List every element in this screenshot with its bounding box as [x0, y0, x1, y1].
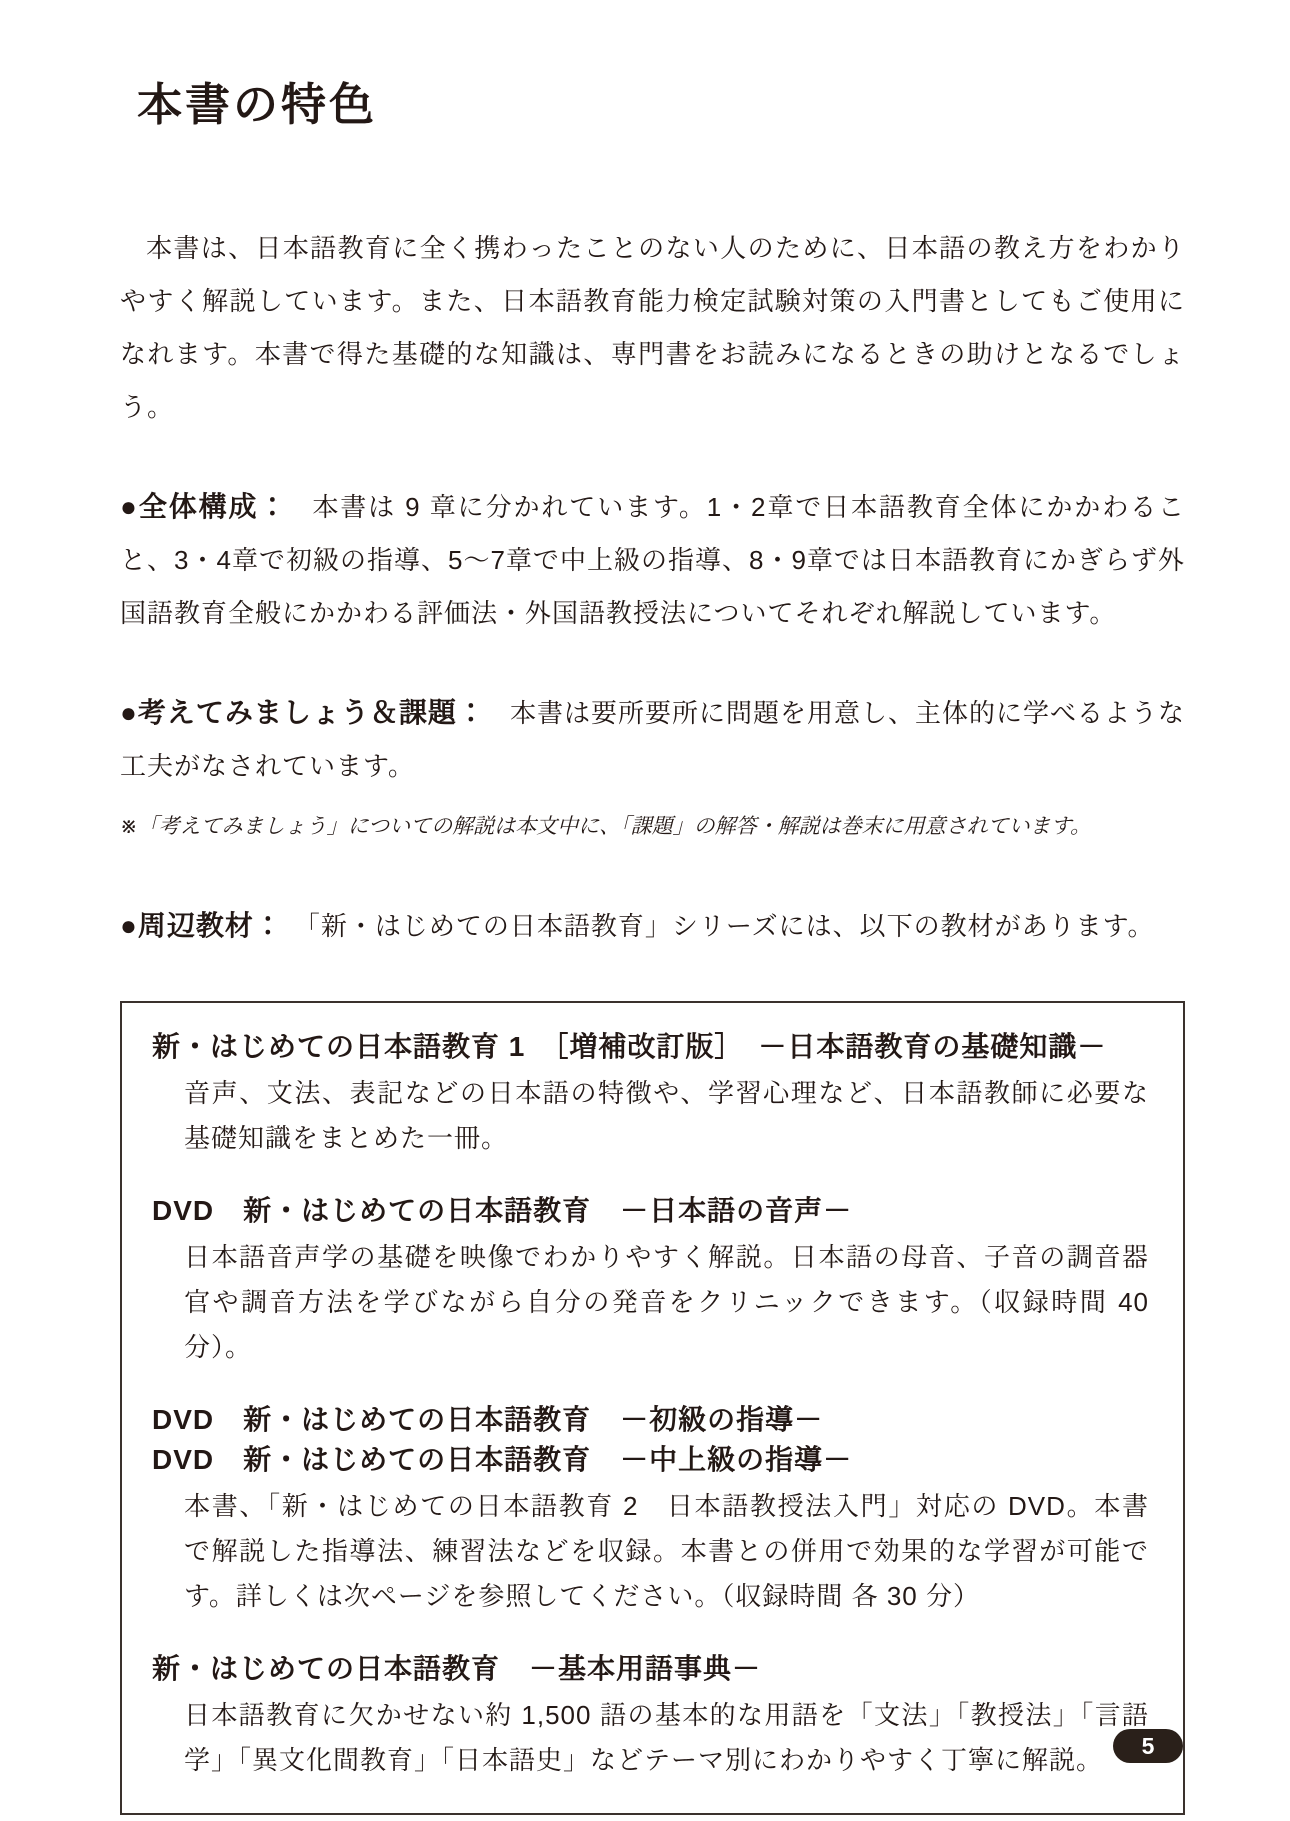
material-item: 新・はじめての日本語教育 －基本用語事典－ 日本語教育に欠かせない約 1,500… — [152, 1649, 1149, 1783]
material-title: 新・はじめての日本語教育 1 ［増補改訂版］ －日本語教育の基礎知識－ — [152, 1027, 1149, 1067]
materials-box: 新・はじめての日本語教育 1 ［増補改訂版］ －日本語教育の基礎知識－ 音声、文… — [120, 1001, 1185, 1815]
section-peripheral-materials: ●周辺教材：「新・はじめての日本語教育」シリーズには、以下の教材があります。 — [120, 899, 1185, 953]
section-overall-structure: ●全体構成：本書は 9 章に分かれています。1・2章で日本語教育全体にかかわるこ… — [120, 480, 1185, 640]
page-title: 本書の特色 — [137, 78, 1185, 132]
page-number-badge: 5 — [1113, 1729, 1183, 1763]
section-label-overall: ●全体構成： — [120, 491, 288, 522]
intro-paragraph: 本書は、日本語教育に全く携わったことのない人のために、日本語の教え方をわかりやす… — [120, 222, 1185, 434]
material-title: DVD 新・はじめての日本語教育 －中上級の指導－ — [152, 1440, 1149, 1480]
section-text-materials: 「新・はじめての日本語教育」シリーズには、以下の教材があります。 — [307, 911, 1155, 941]
material-description: 本書、「新・はじめての日本語教育 2 日本語教授法入門」対応の DVD。本書で解… — [184, 1484, 1149, 1619]
material-item: DVD 新・はじめての日本語教育 －初級の指導－ DVD 新・はじめての日本語教… — [152, 1400, 1149, 1619]
section-think-and-tasks: ●考えてみましょう＆課題：本書は要所要所に問題を用意し、主体的に学べるような工夫… — [120, 686, 1185, 793]
material-description: 日本語音声学の基礎を映像でわかりやすく解説。日本語の母音、子音の調音器官や調音方… — [184, 1235, 1149, 1370]
footnote: ※「考えてみましょう」についての解説は本文中に、「課題」の解答・解説は巻末に用意… — [120, 811, 1185, 843]
material-title: DVD 新・はじめての日本語教育 －日本語の音声－ — [152, 1191, 1149, 1231]
material-description: 日本語教育に欠かせない約 1,500 語の基本的な用語を「文法」「教授法」「言語… — [184, 1693, 1149, 1783]
material-title: DVD 新・はじめての日本語教育 －初級の指導－ — [152, 1400, 1149, 1440]
section-label-think: ●考えてみましょう＆課題： — [120, 697, 486, 728]
document-page: 本書の特色 本書は、日本語教育に全く携わったことのない人のために、日本語の教え方… — [0, 0, 1290, 1821]
material-item: 新・はじめての日本語教育 1 ［増補改訂版］ －日本語教育の基礎知識－ 音声、文… — [152, 1027, 1149, 1161]
section-label-materials: ●周辺教材： — [120, 910, 283, 941]
material-item: DVD 新・はじめての日本語教育 －日本語の音声－ 日本語音声学の基礎を映像でわ… — [152, 1191, 1149, 1370]
page-content: 本書の特色 本書は、日本語教育に全く携わったことのない人のために、日本語の教え方… — [120, 78, 1185, 1815]
material-title: 新・はじめての日本語教育 －基本用語事典－ — [152, 1649, 1149, 1689]
material-description: 音声、文法、表記などの日本語の特徴や、学習心理など、日本語教師に必要な基礎知識を… — [184, 1071, 1149, 1161]
